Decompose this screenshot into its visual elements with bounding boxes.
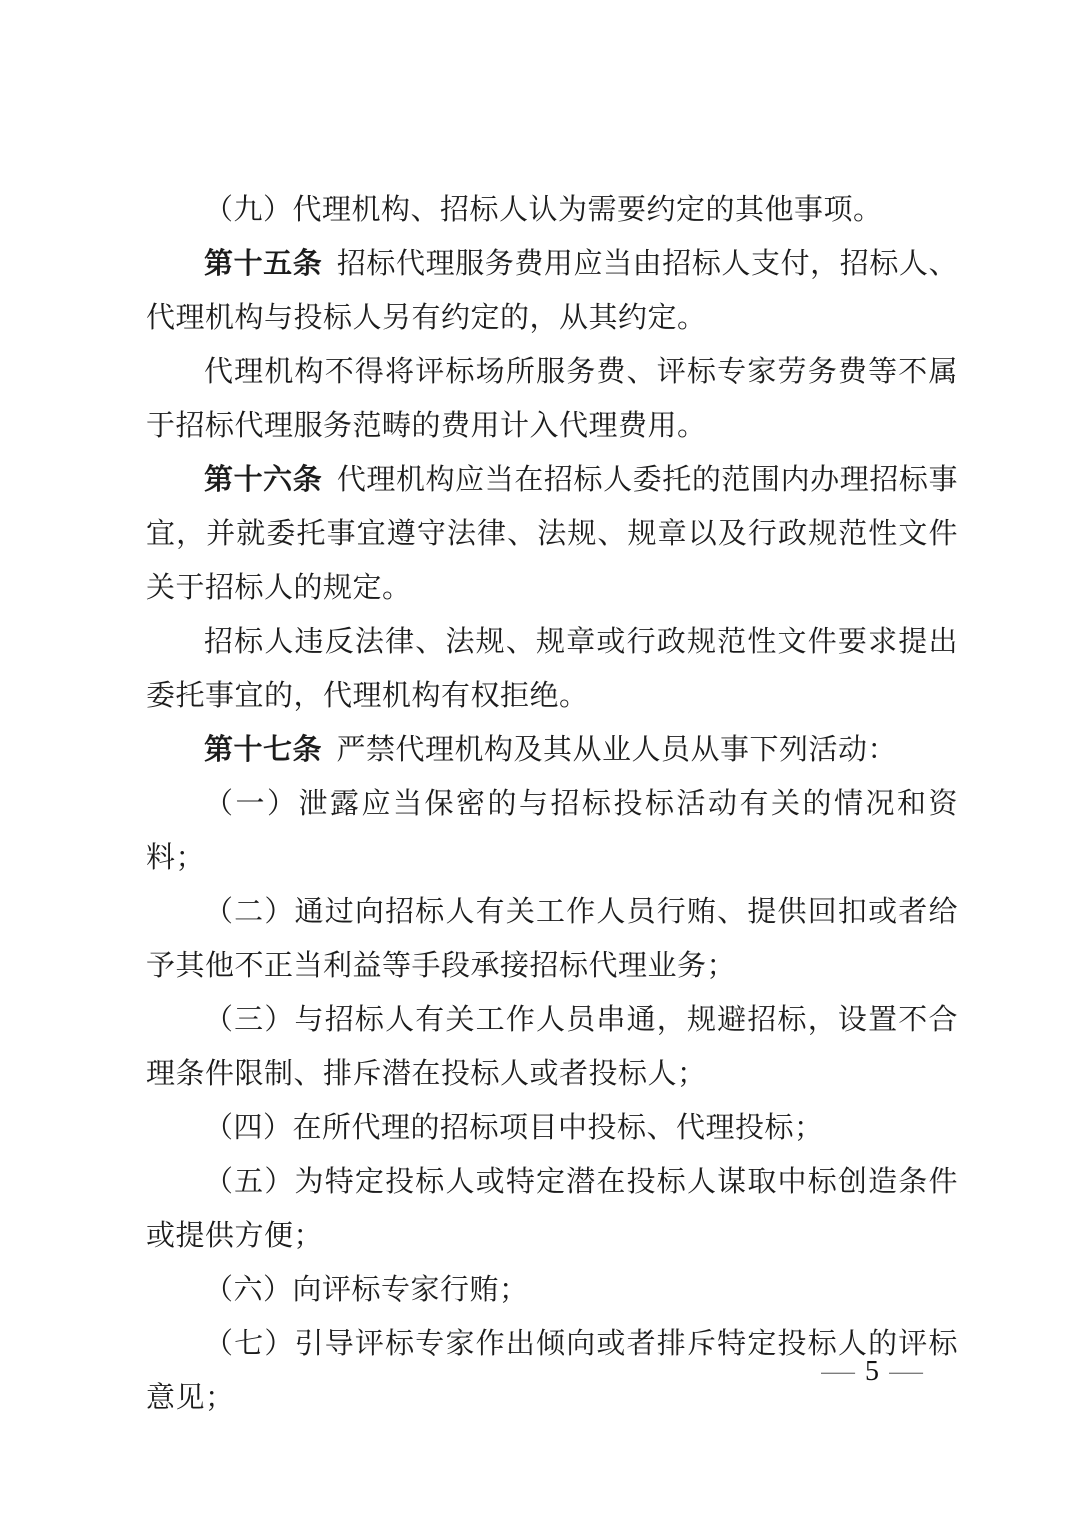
paragraph-text: 代理机构不得将评标场所服务费、评标专家劳务费等不属于招标代理服务范畴的费用计入代… <box>146 356 958 442</box>
paragraph: 第十七条严禁代理机构及其从业人员从事下列活动： <box>146 723 958 777</box>
page-number-dash-right: — <box>889 1352 923 1392</box>
paragraph-text: （六）向评标专家行贿； <box>204 1274 529 1306</box>
paragraph: 代理机构不得将评标场所服务费、评标专家劳务费等不属于招标代理服务范畴的费用计入代… <box>146 345 958 453</box>
paragraph-text: （二）通过向招标人有关工作人员行贿、提供回扣或者给予其他不正当利益等手段承接招标… <box>146 896 958 982</box>
paragraph: 招标人违反法律、法规、规章或行政规范性文件要求提出委托事宜的，代理机构有权拒绝。 <box>146 615 958 723</box>
article-number: 第十七条 <box>204 734 322 766</box>
paragraph-text: （一）泄露应当保密的与招标投标活动有关的情况和资料； <box>146 788 958 874</box>
document-body: （九）代理机构、招标人认为需要约定的其他事项。第十五条招标代理服务费用应当由招标… <box>146 183 958 1425</box>
paragraph-text: 招标人违反法律、法规、规章或行政规范性文件要求提出委托事宜的，代理机构有权拒绝。 <box>146 626 958 712</box>
paragraph: （九）代理机构、招标人认为需要约定的其他事项。 <box>146 183 958 237</box>
paragraph-text: （九）代理机构、招标人认为需要约定的其他事项。 <box>204 194 883 226</box>
page-number: 5 <box>865 1352 879 1392</box>
article-number: 第十六条 <box>204 464 322 496</box>
paragraph-text: 严禁代理机构及其从业人员从事下列活动： <box>337 734 898 766</box>
paragraph: （六）向评标专家行贿； <box>146 1263 958 1317</box>
page-footer: — 5 — <box>824 1352 920 1392</box>
paragraph-text: （五）为特定投标人或特定潜在投标人谋取中标创造条件或提供方便； <box>146 1166 958 1252</box>
paragraph: （三）与招标人有关工作人员串通，规避招标，设置不合理条件限制、排斥潜在投标人或者… <box>146 993 958 1101</box>
document-page: （九）代理机构、招标人认为需要约定的其他事项。第十五条招标代理服务费用应当由招标… <box>0 0 1080 1527</box>
paragraph: （二）通过向招标人有关工作人员行贿、提供回扣或者给予其他不正当利益等手段承接招标… <box>146 885 958 993</box>
paragraph-text: （四）在所代理的招标项目中投标、代理投标； <box>204 1112 824 1144</box>
paragraph: （四）在所代理的招标项目中投标、代理投标； <box>146 1101 958 1155</box>
paragraph: 第十五条招标代理服务费用应当由招标人支付，招标人、代理机构与投标人另有约定的，从… <box>146 237 958 345</box>
paragraph: （一）泄露应当保密的与招标投标活动有关的情况和资料； <box>146 777 958 885</box>
page-number-dash-left: — <box>821 1352 855 1392</box>
paragraph: （五）为特定投标人或特定潜在投标人谋取中标创造条件或提供方便； <box>146 1155 958 1263</box>
article-number: 第十五条 <box>204 248 322 280</box>
paragraph-text: （三）与招标人有关工作人员串通，规避招标，设置不合理条件限制、排斥潜在投标人或者… <box>146 1004 958 1090</box>
paragraph: 第十六条代理机构应当在招标人委托的范围内办理招标事宜，并就委托事宜遵守法律、法规… <box>146 453 958 615</box>
